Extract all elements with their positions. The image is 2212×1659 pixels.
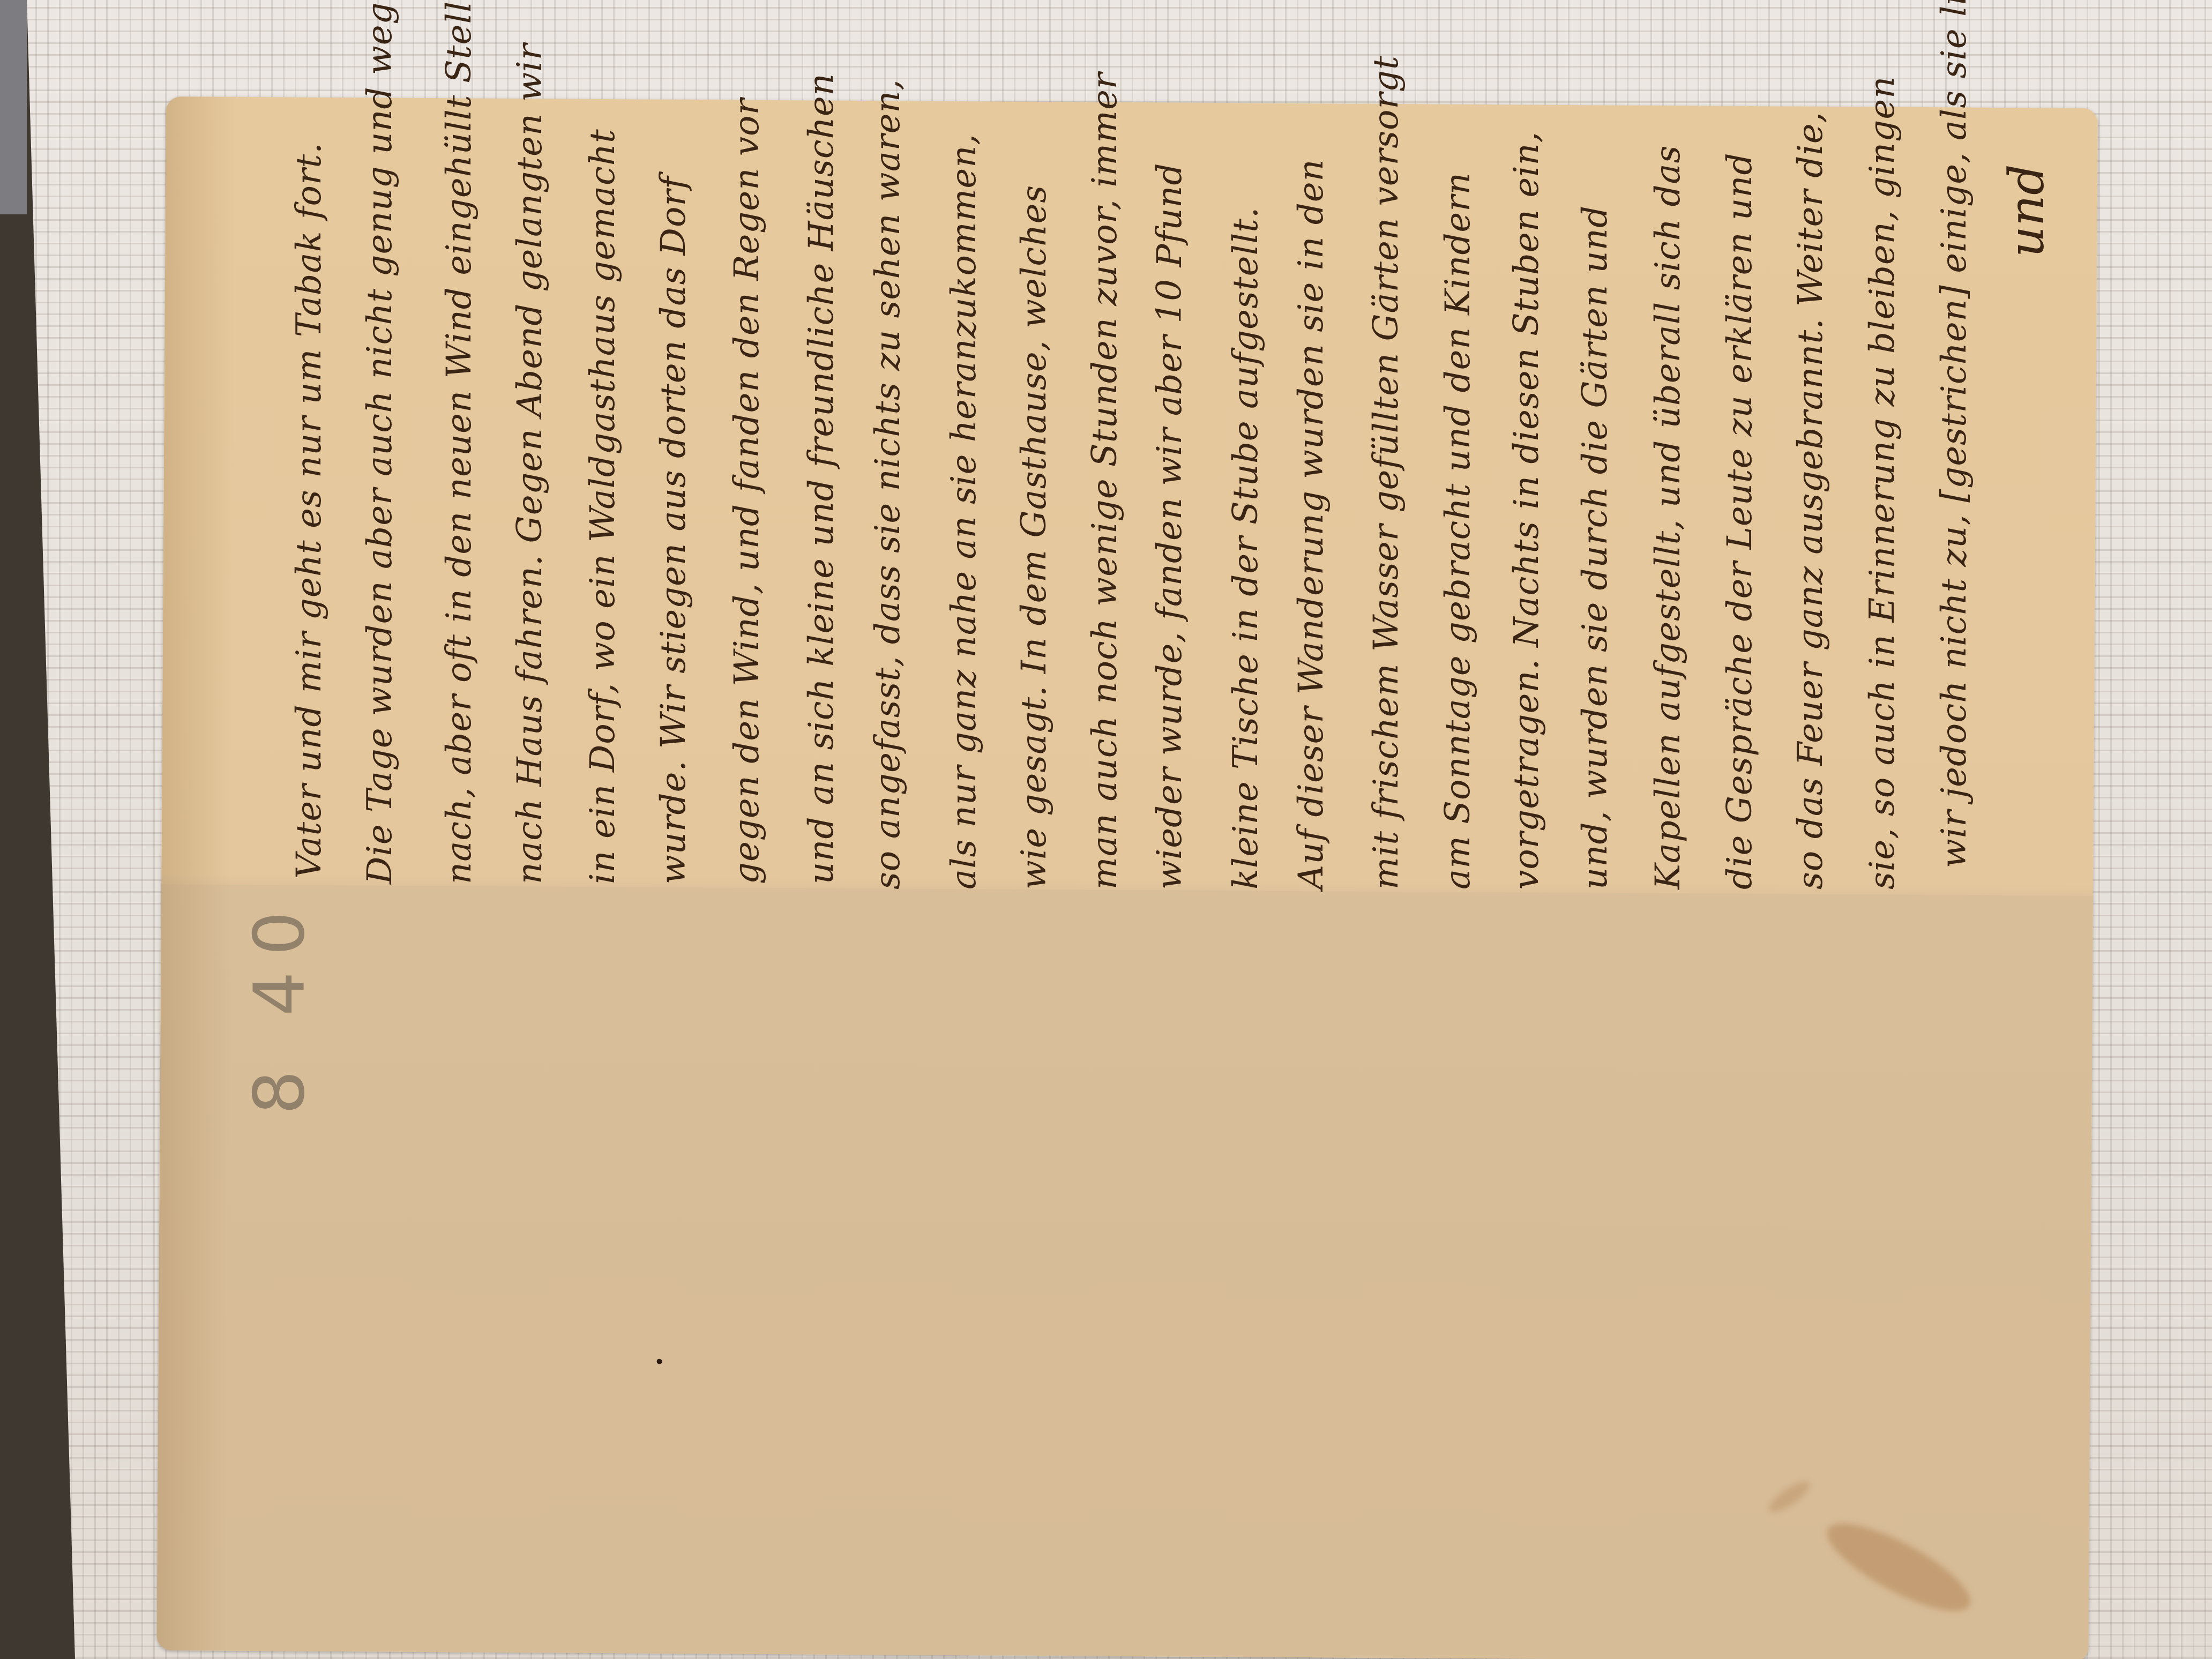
text-line: als nur ganz nahe an sie heranzukommen, — [944, 133, 984, 890]
grey-card-corner — [0, 0, 27, 214]
text-line: wir jedoch nicht zu, [gestrichen] einige… — [1934, 0, 1974, 868]
text-line: am Sonntage gebracht und den Kindern — [1438, 172, 1478, 890]
text-line: nach Haus fahren. Gegen Abend gelangten … — [510, 43, 550, 884]
ink-speck — [657, 1359, 662, 1364]
text-line: die Gespräche der Leute zu erklären und — [1720, 153, 1760, 890]
pencil-annotation: 8 40 — [238, 895, 320, 1115]
text-line: wieder wurde, fanden wir aber 10 Pfund — [1150, 162, 1190, 890]
text-line: wie gesagt. In dem Gasthause, welches — [1014, 185, 1054, 890]
text-line: und, wurden sie durch die Gärten und — [1575, 205, 1615, 890]
text-line: Kapellen aufgestellt, und überall sich d… — [1648, 145, 1688, 890]
text-line: so angefasst, dass sie nichts zu sehen w… — [868, 79, 908, 890]
text-line: mit frischem Wasser gefüllten Gärten ver… — [1366, 55, 1406, 890]
text-line: in ein Dorf, wo ein Waldgasthaus gemacht — [583, 129, 623, 884]
text-line: vorgetragen. Nachts in diesen Stuben ein… — [1507, 131, 1546, 890]
text-line: nach, aber oft in den neuen Wind eingehü… — [439, 0, 479, 884]
text-line: wurde. Wir stiegen aus dorten das Dorf — [654, 176, 693, 884]
text-line: und an sich kleine und freundliche Häusc… — [802, 73, 841, 884]
text-line: sie, so auch in Erinnerung zu bleiben, g… — [1863, 76, 1902, 890]
text-line: Die Tage wurden aber auch nicht genug un… — [360, 2, 400, 884]
text-line: man auch noch wenige Stunden zuvor, imme… — [1085, 72, 1125, 890]
text-line: Vater und mir geht es nur um Tabak fort. — [289, 142, 329, 879]
text-line: gegen den Wind, und fanden den Regen vor — [727, 98, 767, 884]
text-line: kleine Tische in der Stube aufgestellt. — [1226, 207, 1266, 890]
text-line: Auf dieser Wanderung wurden sie in den — [1291, 159, 1331, 890]
text-line: so das Feuer ganz ausgebrannt. Weiter di… — [1791, 111, 1830, 890]
paper-fold-tone — [156, 884, 2093, 1659]
closing-word: und — [1999, 164, 2055, 257]
paper-edge-shade — [156, 96, 236, 1651]
